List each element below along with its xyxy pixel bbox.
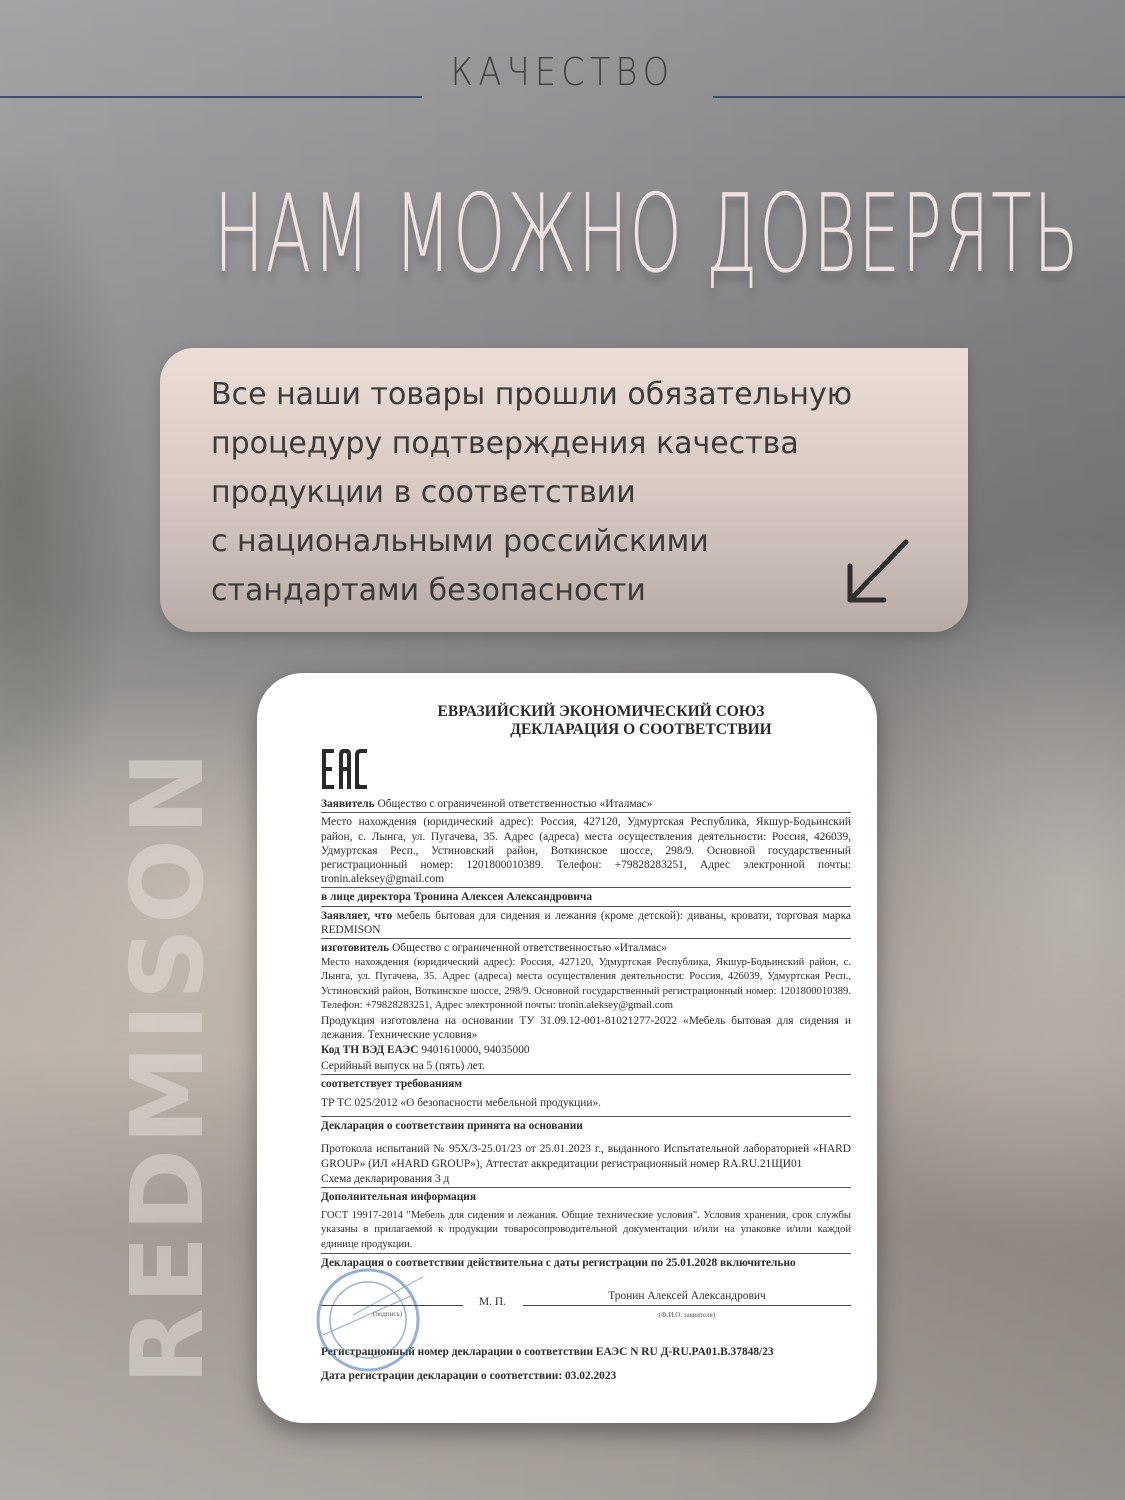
declaration-scheme: Схема декларирования 3 д <box>321 1172 851 1188</box>
extra-info-value: ГОСТ 19917-2014 "Мебель для сидения и ле… <box>321 1209 851 1254</box>
section-eyebrow: КАЧЕСТВО <box>0 50 1125 100</box>
signature-caption: (подпись) <box>373 1307 402 1321</box>
signature-row: (подпись) М. П. Тронин Алексей Александр… <box>321 1285 851 1333</box>
manufacturer: изготовитель Общество с ограниченной отв… <box>321 941 851 956</box>
declares-label: Заявляет, что <box>321 910 392 922</box>
director: в лице директора Тронина Алексея Алексан… <box>321 890 851 906</box>
page-headline: НАМ МОЖНО ДОВЕРЯТЬ <box>214 180 912 290</box>
brand-watermark: REDMISON <box>118 747 218 1385</box>
document-title: ЕВРАЗИЙСКИЙ ЭКОНОМИЧЕСКИЙ СОЮЗ ДЕКЛАРАЦИ… <box>351 703 851 739</box>
applicant-address: Место нахождения (юридический адрес): Ро… <box>321 815 851 888</box>
basis-value: Протокола испытаний № 95Х/3-25.01/23 от … <box>321 1142 851 1171</box>
manufacturer-label: изготовитель <box>321 942 389 954</box>
eyebrow-divider-right <box>713 96 1125 98</box>
applicant: Заявитель Общество с ограниченной ответс… <box>321 797 851 813</box>
applicant-value: Общество с ограниченной ответственностью… <box>378 798 653 810</box>
eyebrow-label: КАЧЕСТВО <box>68 50 1058 94</box>
signature-line <box>321 1305 463 1306</box>
declares: Заявляет, что мебель бытовая для сидения… <box>321 909 851 939</box>
tn-ved-value: 9401610000, 94035000 <box>421 1044 529 1056</box>
tn-ved-label: Код ТН ВЭД ЕАЭС <box>321 1044 419 1056</box>
info-line: продукции в соответствии <box>211 468 911 517</box>
document-title-line-1: ЕВРАЗИЙСКИЙ ЭКОНОМИЧЕСКИЙ СОЮЗ <box>351 703 851 721</box>
extra-info-label: Дополнительная информация <box>321 1190 851 1205</box>
info-text: Все наши товары прошли обязательную проц… <box>211 370 911 615</box>
complies-value: ТР ТС 025/2012 «О безопасности мебельной… <box>321 1096 851 1117</box>
signer-caption: (Ф.И.О. заявителя) <box>523 1308 851 1322</box>
company-stamp-icon <box>313 1265 423 1375</box>
info-line: стандартами безопасности <box>211 566 911 615</box>
info-line: с национальными российскими <box>211 517 911 566</box>
info-line: процедуру подтверждения качества <box>211 419 911 468</box>
declaration-document: ЕВРАЗИЙСКИЙ ЭКОНОМИЧЕСКИЙ СОЮЗ ДЕКЛАРАЦИ… <box>257 673 877 1423</box>
info-card: Все наши товары прошли обязательную проц… <box>160 348 968 632</box>
signer-line <box>523 1305 851 1306</box>
manufacturer-address: Место нахождения (юридический адрес): Ро… <box>321 956 851 1014</box>
seal-label: М. П. <box>479 1295 506 1309</box>
production-basis: Продукция изготовлена на основании ТУ 31… <box>321 1014 851 1043</box>
basis-label: Декларация о соответствии принята на осн… <box>321 1119 851 1134</box>
arrow-down-left-icon <box>842 538 912 608</box>
applicant-label: Заявитель <box>321 798 375 810</box>
complies-label: соответствует требованиям <box>321 1077 851 1092</box>
info-line: Все наши товары прошли обязательную <box>211 370 911 419</box>
tn-ved-code: Код ТН ВЭД ЕАЭС 9401610000, 94035000 <box>321 1043 851 1058</box>
declares-value: мебель бытовая для сидения и лежания (кр… <box>321 910 851 936</box>
eac-logo-icon <box>321 747 371 791</box>
manufacturer-value: Общество с ограниченной ответственностью… <box>392 942 667 954</box>
serial-release: Серийный выпуск на 5 (пять) лет. <box>321 1059 851 1075</box>
signer-name: Тронин Алексей Александрович <box>523 1289 851 1303</box>
eyebrow-divider-left <box>0 96 422 98</box>
document-title-line-2: ДЕКЛАРАЦИЯ О СООТВЕТСТВИИ <box>431 721 851 739</box>
